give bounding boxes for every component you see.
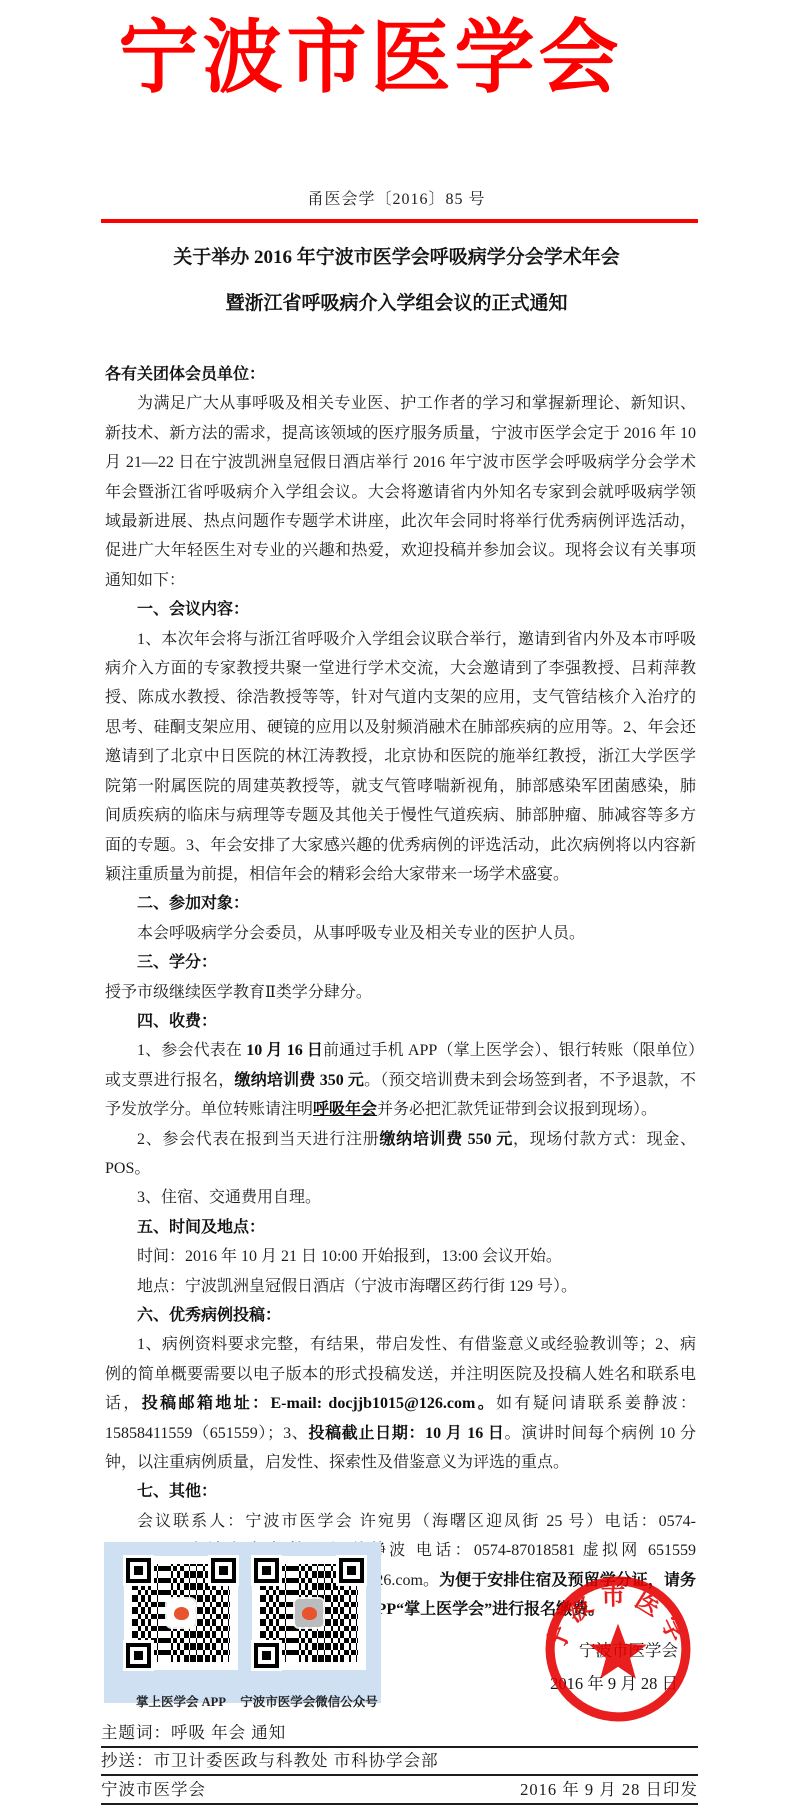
section-5-time: 时间：2016 年 10 月 21 日 10:00 开始报到，13:00 会议开… bbox=[105, 1242, 696, 1271]
section-5-venue: 地点：宁波凯洲皇冠假日酒店（宁波市海曙区药行街 129 号）。 bbox=[105, 1272, 696, 1301]
footer-issuer: 宁波市医学会 bbox=[101, 1777, 206, 1803]
section-2-paragraph: 本会呼吸病学分会委员，从事呼吸专业及相关专业的医护人员。 bbox=[105, 919, 696, 948]
bold-email-address: 投稿邮箱地址：E-mail: docjjb1015@126.com。 bbox=[142, 1395, 496, 1412]
section-4-heading: 四、收费： bbox=[105, 1007, 696, 1036]
section-6-paragraph: 1、病例资料要求完整，有结果，带启发性、有借鉴意义或经验教训等；2、病例的简单概… bbox=[105, 1330, 696, 1477]
official-notice-page: 宁波市医学会 甬医会学〔2016〕85 号 关于举办 2016 年宁波市医学会呼… bbox=[0, 0, 793, 1811]
official-seal-icon: 宁波市医学会 bbox=[542, 1573, 694, 1725]
qr-label-app: 掌上医学会 APP bbox=[136, 1692, 226, 1710]
qr-panel: 掌上医学会 APP 宁波市医学会微信公众号 bbox=[104, 1542, 381, 1703]
bold-underline-remark: 呼吸年会 bbox=[313, 1101, 377, 1118]
qr-center-logo-icon bbox=[167, 1599, 195, 1627]
salutation: 各有关团体会员单位： bbox=[105, 360, 696, 389]
document-body: 各有关团体会员单位： 为满足广大从事呼吸及相关专业医、护工作者的学习和掌握新理论… bbox=[105, 360, 696, 1624]
section-3-paragraph: 授予市级继续医学教育Ⅱ类学分肆分。 bbox=[105, 978, 696, 1007]
footer-cc-row: 抄送：市卫计委医政与科教处 市科协学会部 bbox=[101, 1748, 698, 1776]
section-4-paragraph-2: 2、参会代表在报到当天进行注册缴纳培训费 550 元，现场付款方式：现金、POS… bbox=[105, 1125, 696, 1184]
section-2-heading: 二、参加对象： bbox=[105, 889, 696, 918]
section-7-heading: 七、其他： bbox=[105, 1477, 696, 1506]
bold-fee-550: 缴纳培训费 550 元 bbox=[379, 1131, 513, 1148]
document-number: 甬医会学〔2016〕85 号 bbox=[0, 186, 793, 209]
footer-subject: 主题词：呼吸 年会 通知 bbox=[101, 1723, 286, 1742]
qr-finder-icon bbox=[126, 1643, 151, 1668]
qr-code-wechat: 宁波市医学会微信公众号 bbox=[252, 1556, 366, 1670]
letterhead-org-name: 宁波市医学会 bbox=[0, 4, 793, 114]
section-6-heading: 六、优秀病例投稿： bbox=[105, 1301, 696, 1330]
qr-center-logo-icon bbox=[295, 1599, 323, 1627]
text-run: 1、参会代表在 bbox=[137, 1042, 246, 1059]
qr-finder-icon bbox=[211, 1558, 236, 1583]
society-emblem-icon bbox=[302, 1607, 317, 1620]
footer-issuer-row: 宁波市医学会 2016 年 9 月 28 日印发 bbox=[101, 1777, 698, 1805]
bold-deadline: 10 月 16 日 bbox=[246, 1042, 323, 1059]
qr-finder-icon bbox=[254, 1558, 279, 1583]
society-emblem-icon bbox=[174, 1607, 189, 1620]
section-5-heading: 五、时间及地点： bbox=[105, 1213, 696, 1242]
section-4-paragraph-1: 1、参会代表在 10 月 16 日前通过手机 APP（掌上医学会）、银行转账（限… bbox=[105, 1036, 696, 1124]
bold-fee-350: 缴纳培训费 350 元 bbox=[235, 1072, 365, 1089]
text-run: 并务必把汇款凭证带到会议报到现场）。 bbox=[377, 1101, 657, 1118]
qr-finder-icon bbox=[126, 1558, 151, 1583]
intro-paragraph: 为满足广大从事呼吸及相关专业医、护工作者的学习和掌握新理论、新知识、新技术、新方… bbox=[105, 389, 696, 595]
document-title: 关于举办 2016 年宁波市医学会呼吸病学分会学术年会 暨浙江省呼吸病介入学组会… bbox=[0, 235, 793, 327]
section-4-paragraph-3: 3、住宿、交通费用自理。 bbox=[105, 1183, 696, 1212]
footer-print-date: 2016 年 9 月 28 日印发 bbox=[520, 1777, 698, 1803]
bold-submission-deadline: 投稿截止日期：10 月 16 日 bbox=[308, 1425, 504, 1442]
section-3-heading: 三、学分： bbox=[105, 948, 696, 977]
section-1-heading: 一、会议内容： bbox=[105, 595, 696, 624]
footer-cc: 抄送：市卫计委医政与科教处 市科协学会部 bbox=[101, 1751, 439, 1770]
qr-label-wechat: 宁波市医学会微信公众号 bbox=[240, 1692, 378, 1710]
red-divider-rule bbox=[101, 219, 698, 223]
qr-code-app: 掌上医学会 APP bbox=[124, 1556, 238, 1670]
section-1-paragraph: 1、本次年会将与浙江省呼吸介入学组会议联合举行，邀请到省内外及本市呼吸病介入方面… bbox=[105, 625, 696, 890]
document-title-line2: 暨浙江省呼吸病介入学组会议的正式通知 bbox=[0, 281, 793, 327]
qr-finder-icon bbox=[339, 1558, 364, 1583]
text-run: 2、参会代表在报到当天进行注册 bbox=[137, 1131, 379, 1148]
qr-finder-icon bbox=[254, 1643, 279, 1668]
document-title-line1: 关于举办 2016 年宁波市医学会呼吸病学分会学术年会 bbox=[0, 235, 793, 281]
